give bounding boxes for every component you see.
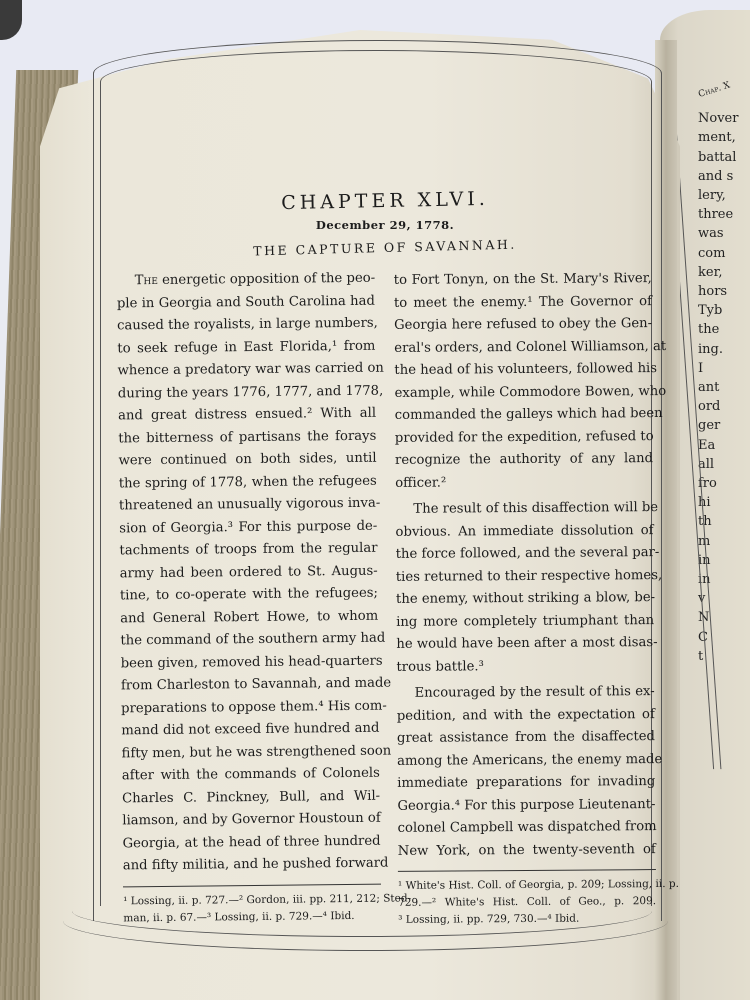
right-paragraph-2: The result of this disaffection will beo… bbox=[395, 497, 654, 679]
footnote-line: 729.—² White's Hist. Coll. of Geo., p. 2… bbox=[398, 893, 656, 912]
text-line: immediate preparations for invading bbox=[397, 771, 655, 795]
facing-text-line: all bbox=[698, 455, 738, 474]
facing-text-line: ment, bbox=[698, 128, 738, 147]
text-line: the command of the southern army had bbox=[120, 628, 378, 653]
chapter-title: CHAPTER XLVI. bbox=[120, 184, 650, 217]
text-line: liamson, and by Governor Houstoun of bbox=[122, 808, 380, 833]
text-line: Georgia here refused to obey the Gen- bbox=[394, 313, 652, 337]
text-line: The result of this disaffection will be bbox=[395, 497, 653, 521]
text-line: sion of Georgia.³ For this purpose de- bbox=[119, 515, 377, 540]
facing-text-line: com bbox=[698, 244, 738, 263]
facing-text-line: fro bbox=[698, 474, 738, 493]
text-line: The energetic opposition of the peo- bbox=[117, 268, 375, 293]
facing-text-line: and s bbox=[698, 167, 738, 186]
footnote-line: ¹ White's Hist. Coll. of Georgia, p. 209… bbox=[398, 876, 656, 895]
right-footnotes: ¹ White's Hist. Coll. of Georgia, p. 209… bbox=[398, 876, 656, 929]
text-line: officer.² bbox=[395, 471, 653, 495]
text-line: colonel Campbell was dispatched from bbox=[398, 816, 656, 840]
text-line: pedition, and with the expectation of bbox=[397, 704, 655, 728]
text-line: army had been ordered to St. Augus- bbox=[120, 560, 378, 585]
text-line: recognize the authority of any land bbox=[395, 448, 653, 472]
text-line: example, while Commodore Bowen, who bbox=[394, 381, 652, 405]
text-line: among the Americans, the enemy made bbox=[397, 749, 655, 773]
facing-text-line: in bbox=[698, 551, 738, 570]
facing-text-line: Ea bbox=[698, 436, 738, 455]
left-column: The energetic opposition of the peo-ple … bbox=[117, 268, 390, 930]
right-paragraph-3: Encouraged by the result of this ex-pedi… bbox=[397, 681, 656, 863]
right-column: to Fort Tonyn, on the St. Mary's River,t… bbox=[384, 268, 657, 929]
page-content: CHAPTER XLVI. December 29, 1778. THE CAP… bbox=[120, 180, 650, 928]
text-line: eral's orders, and Colonel Williamson, a… bbox=[394, 336, 652, 360]
chapter-date: December 29, 1778. bbox=[120, 218, 650, 232]
text-line: ties returned to their respective homes, bbox=[396, 565, 654, 589]
facing-text-line: v bbox=[698, 589, 738, 608]
text-line: the head of his volunteers, followed his bbox=[394, 358, 652, 382]
text-line: after with the commands of Colonels bbox=[122, 763, 380, 788]
text-line: tachments of troops from the regular bbox=[119, 538, 377, 563]
facing-text-line: the bbox=[698, 320, 738, 339]
chapter-subtitle: THE CAPTURE OF SAVANNAH. bbox=[120, 233, 650, 262]
text-line: to Fort Tonyn, on the St. Mary's River, bbox=[394, 268, 652, 292]
text-line: he would have been after a most disas- bbox=[396, 632, 654, 656]
left-column-text: The energetic opposition of the peo-ple … bbox=[117, 268, 381, 878]
text-line: great assistance from the disaffected bbox=[397, 726, 655, 750]
facing-text-line: hi bbox=[698, 493, 738, 512]
text-line: to seek refuge in East Florida,¹ from bbox=[117, 335, 375, 360]
text-line: Georgia, at the head of three hundred bbox=[122, 830, 380, 855]
text-line: tine, to co-operate with the refugees; bbox=[120, 583, 378, 608]
text-line: New York, on the twenty-seventh of bbox=[398, 839, 656, 863]
text-line: ple in Georgia and South Carolina had bbox=[117, 290, 375, 315]
left-footnotes: ¹ Lossing, ii. p. 727.—² Gordon, iii. pp… bbox=[123, 890, 381, 927]
text-line: fifty men, but he was strengthened soon bbox=[122, 740, 380, 765]
text-line: Georgia.⁴ For this purpose Lieutenant- bbox=[397, 794, 655, 818]
facing-text-lines: Noverment,battaland slery,threewascomker… bbox=[698, 109, 738, 666]
facing-text-line: ker, bbox=[698, 263, 738, 282]
text-line: during the years 1776, 1777, and 1778, bbox=[118, 380, 376, 405]
text-line: Charles C. Pinckney, Bull, and Wil- bbox=[122, 785, 380, 810]
text-line: trous battle.³ bbox=[396, 655, 654, 679]
text-line: Encouraged by the result of this ex- bbox=[397, 681, 655, 705]
text-line: the enemy, without striking a blow, be- bbox=[396, 587, 654, 611]
text-line: commanded the galleys which had been bbox=[395, 403, 653, 427]
text-line: been given, removed his head-quarters bbox=[121, 650, 379, 675]
text-line: the force followed, and the several par- bbox=[396, 542, 654, 566]
facing-text-line: Tyb bbox=[698, 301, 738, 320]
footnote-rule bbox=[123, 883, 381, 887]
facing-text-line: ord bbox=[698, 397, 738, 416]
footnote-line: man, ii. p. 67.—³ Lossing, ii. p. 729.—⁴… bbox=[123, 907, 381, 927]
right-paragraph-1: to Fort Tonyn, on the St. Mary's River,t… bbox=[394, 268, 654, 495]
facing-text-line: in bbox=[698, 570, 738, 589]
footnote-rule bbox=[398, 869, 656, 872]
facing-text-line: I bbox=[698, 359, 738, 378]
text-line: the spring of 1778, when the refugees bbox=[119, 470, 377, 495]
text-line: and fifty militia, and he pushed forward bbox=[123, 853, 381, 878]
footnote-line: ³ Lossing, ii. pp. 729, 730.—⁴ Ibid. bbox=[398, 910, 656, 929]
text-line: from Charleston to Savannah, and made bbox=[121, 673, 379, 698]
footnote-line: ¹ Lossing, ii. p. 727.—² Gordon, iii. pp… bbox=[123, 890, 381, 910]
facing-text-line: lery, bbox=[698, 186, 738, 205]
text-columns: The energetic opposition of the peo-ple … bbox=[120, 269, 650, 928]
facing-text-line: three bbox=[698, 205, 738, 224]
facing-text-line: ing. bbox=[698, 340, 738, 359]
text-line: the bitterness of partisans the forays bbox=[118, 425, 376, 450]
text-line: caused the royalists, in large numbers, bbox=[117, 313, 375, 338]
text-line: were continued on both sides, until bbox=[118, 448, 376, 473]
facing-text-line: ger bbox=[698, 416, 738, 435]
text-line: mand did not exceed five hundred and bbox=[121, 718, 379, 743]
facing-text-line: hors bbox=[698, 282, 738, 301]
text-line: whence a predatory war was carried on bbox=[117, 358, 375, 383]
facing-text-line: battal bbox=[698, 148, 738, 167]
text-line: provided for the expedition, refused to bbox=[395, 426, 653, 450]
facing-text-line: ant bbox=[698, 378, 738, 397]
text-line: to meet the enemy.¹ The Governor of bbox=[394, 291, 652, 315]
text-line: threatened an unusually vigorous inva- bbox=[119, 493, 377, 518]
facing-text-line: Nover bbox=[698, 109, 738, 128]
text-line: ing more completely triumphant than bbox=[396, 610, 654, 634]
facing-running-head: Chap. X bbox=[696, 74, 740, 105]
text-line: and General Robert Howe, to whom bbox=[120, 605, 378, 630]
text-line: obvious. An immediate dissolution of bbox=[395, 520, 653, 544]
facing-text-line: was bbox=[698, 224, 738, 243]
text-line: and great distress ensued.² With all bbox=[118, 403, 376, 428]
text-line: preparations to oppose them.⁴ His com- bbox=[121, 695, 379, 720]
facing-page-content: Chap. X Noverment,battaland slery,threew… bbox=[698, 80, 738, 666]
